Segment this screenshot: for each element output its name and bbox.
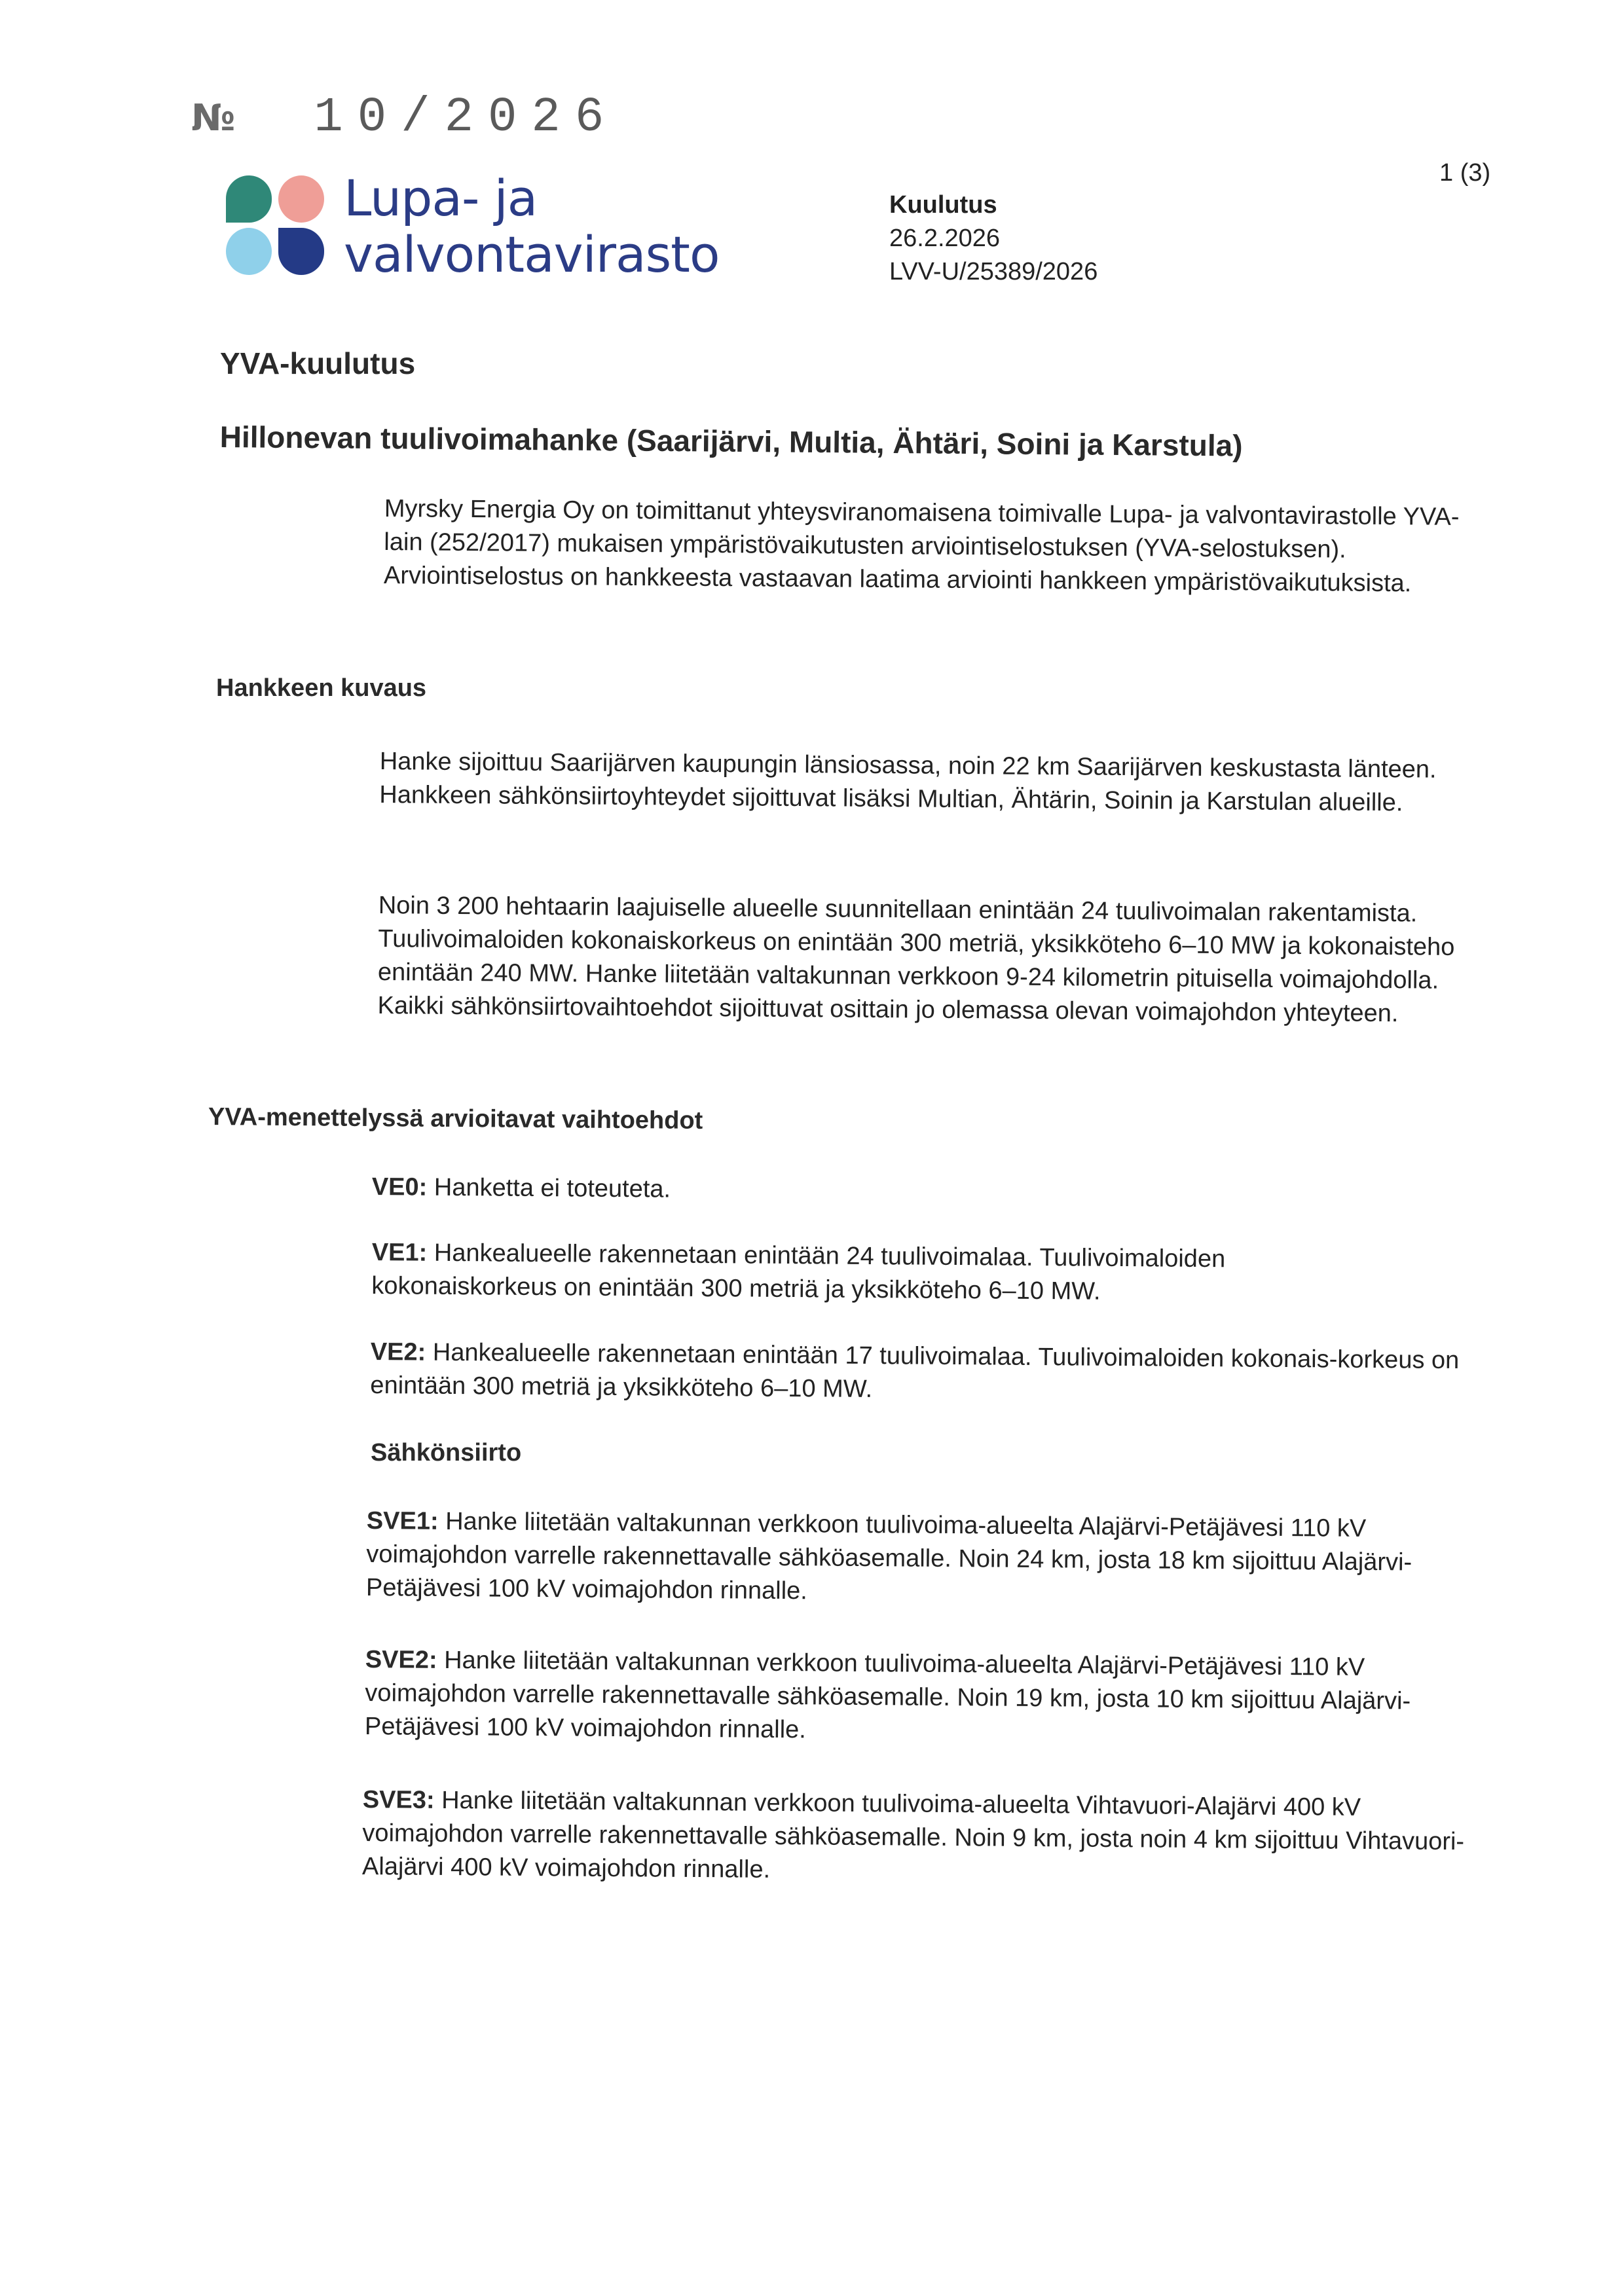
logo-line-1: Lupa- ja xyxy=(344,170,719,227)
section-heading-description: Hankkeen kuvaus xyxy=(216,674,426,702)
transmission-sve1: SVE1: Hanke liitetään valtakunnan verkko… xyxy=(366,1504,1480,1613)
alternative-code: VE1: xyxy=(372,1239,428,1267)
description-paragraph-2: Noin 3 200 hehtaarin laajuiselle alueell… xyxy=(377,889,1485,1031)
alternative-ve1: VE1: Hankealueelle rakennetaan enintään … xyxy=(371,1236,1321,1310)
section-heading-transmission: Sähkönsiirto xyxy=(371,1439,521,1467)
intro-text: Myrsky Energia Oy on toimittanut yhteysv… xyxy=(384,492,1498,601)
page-number: 1 (3) xyxy=(1439,159,1490,187)
alternative-text: Hankealueelle rakennetaan enintään 17 tu… xyxy=(370,1339,1459,1403)
transmission-sve2: SVE2: Hanke liitetään valtakunnan verkko… xyxy=(365,1643,1479,1752)
page-title: YVA-kuulutus xyxy=(220,346,415,381)
stamp-number: 10/2026 xyxy=(314,90,618,145)
logo-wordmark: Lupa- ja valvontavirasto xyxy=(344,170,719,283)
agency-logo: Lupa- ja valvontavirasto xyxy=(226,175,737,287)
registration-stamp: №10/2026 xyxy=(191,90,618,145)
transmission-text: Hanke liitetään valtakunnan verkkoon tuu… xyxy=(362,1787,1464,1884)
logo-navy-shape xyxy=(278,228,324,275)
transmission-text: Hanke liitetään valtakunnan verkkoon tuu… xyxy=(365,1647,1411,1743)
document-meta: Kuulutus 26.2.2026 LVV-U/25389/2026 xyxy=(889,189,1098,289)
intro-paragraph: Myrsky Energia Oy on toimittanut yhteysv… xyxy=(384,492,1498,601)
logo-teal-shape xyxy=(226,175,272,223)
logo-lightblue-shape xyxy=(226,228,272,275)
number-sign: № xyxy=(191,97,235,139)
description-text-1: Hanke sijoittuu Saarijärven kaupungin lä… xyxy=(379,745,1441,820)
logo-line-2: valvontavirasto xyxy=(344,227,719,283)
transmission-code: SVE1: xyxy=(367,1507,439,1535)
document-date: 26.2.2026 xyxy=(889,222,1098,255)
document-type: Kuulutus xyxy=(889,189,1098,222)
alternative-ve2: VE2: Hankealueelle rakennetaan enintään … xyxy=(370,1336,1471,1411)
document-reference: LVV-U/25389/2026 xyxy=(889,255,1098,289)
description-paragraph-1: Hanke sijoittuu Saarijärven kaupungin lä… xyxy=(379,745,1441,820)
transmission-text: Hanke liitetään valtakunnan verkkoon tuu… xyxy=(366,1508,1412,1605)
project-title: Hillonevan tuulivoimahanke (Saarijärvi, … xyxy=(220,419,1243,464)
alternative-text: Hankealueelle rakennetaan enintään 24 tu… xyxy=(371,1239,1225,1305)
section-heading-alternatives: YVA-menettelyssä arvioitavat vaihtoehdot xyxy=(208,1103,703,1135)
alternative-code: VE0: xyxy=(372,1173,428,1201)
logo-mark-icon xyxy=(226,175,324,275)
transmission-sve3: SVE3: Hanke liitetään valtakunnan verkko… xyxy=(362,1783,1476,1892)
logo-pink-shape xyxy=(278,175,324,223)
transmission-code: SVE2: xyxy=(365,1646,437,1674)
transmission-code: SVE3: xyxy=(363,1786,435,1814)
alternative-text: Hanketta ei toteuteta. xyxy=(427,1174,671,1203)
description-text-2: Noin 3 200 hehtaarin laajuiselle alueell… xyxy=(377,889,1485,1031)
alternative-ve0: VE0: Hanketta ei toteuteta. xyxy=(372,1171,1452,1212)
alternative-code: VE2: xyxy=(371,1338,426,1366)
